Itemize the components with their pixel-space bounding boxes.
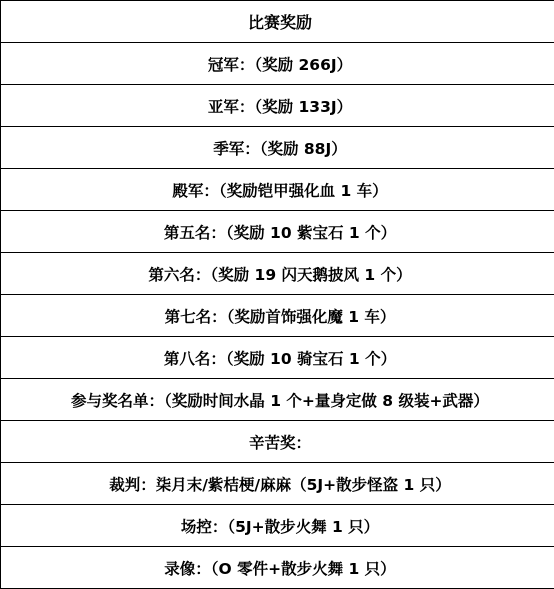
reward-third-place: 季军：（奖励 88J） <box>1 127 554 169</box>
reward-runner-up: 亚军：（奖励 133J） <box>1 85 554 127</box>
table-title: 比赛奖励 <box>1 1 554 43</box>
reward-fifth-place: 第五名：（奖励 10 紫宝石 1 个） <box>1 211 554 253</box>
reward-referees: 裁判：柒月末/紫桔梗/麻麻（5J+散步怪盗 1 只） <box>1 463 554 505</box>
reward-champion: 冠军：（奖励 266J） <box>1 43 554 85</box>
reward-sixth-place: 第六名：（奖励 19 闪天鹅披风 1 个） <box>1 253 554 295</box>
reward-participation: 参与奖名单：（奖励时间水晶 1 个+量身定做 8 级装+武器） <box>1 379 554 421</box>
reward-recording: 录像：（O 零件+散步火舞 1 只） <box>1 547 554 589</box>
table-row: 场控：（5J+散步火舞 1 只） <box>1 505 554 547</box>
table-row: 第七名：（奖励首饰强化魔 1 车） <box>1 295 554 337</box>
table-row: 裁判：柒月末/紫桔梗/麻麻（5J+散步怪盗 1 只） <box>1 463 554 505</box>
table-row: 殿军：（奖励铠甲强化血 1 车） <box>1 169 554 211</box>
table-row: 参与奖名单：（奖励时间水晶 1 个+量身定做 8 级装+武器） <box>1 379 554 421</box>
table-row: 亚军：（奖励 133J） <box>1 85 554 127</box>
table-row: 季军：（奖励 88J） <box>1 127 554 169</box>
reward-eighth-place: 第八名：（奖励 10 骑宝石 1 个） <box>1 337 554 379</box>
table-row: 冠军：（奖励 266J） <box>1 43 554 85</box>
table-row: 辛苦奖： <box>1 421 554 463</box>
reward-field-control: 场控：（5J+散步火舞 1 只） <box>1 505 554 547</box>
table-header-row: 比赛奖励 <box>1 1 554 43</box>
table-row: 第五名：（奖励 10 紫宝石 1 个） <box>1 211 554 253</box>
reward-seventh-place: 第七名：（奖励首饰强化魔 1 车） <box>1 295 554 337</box>
reward-table: 比赛奖励 冠军：（奖励 266J） 亚军：（奖励 133J） 季军：（奖励 88… <box>0 0 554 589</box>
reward-hard-work-heading: 辛苦奖： <box>1 421 554 463</box>
reward-fourth-place: 殿军：（奖励铠甲强化血 1 车） <box>1 169 554 211</box>
table-row: 录像：（O 零件+散步火舞 1 只） <box>1 547 554 589</box>
table-row: 第八名：（奖励 10 骑宝石 1 个） <box>1 337 554 379</box>
table-row: 第六名：（奖励 19 闪天鹅披风 1 个） <box>1 253 554 295</box>
